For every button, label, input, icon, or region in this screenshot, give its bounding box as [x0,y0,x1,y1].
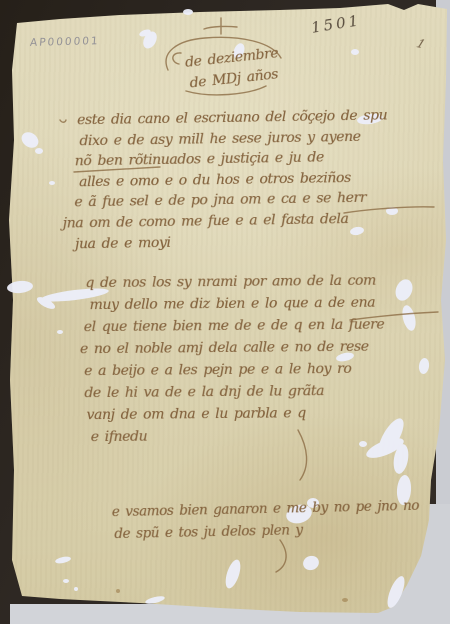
paragraph-2: q de nos los sy nrami por amo de la com … [59,270,385,449]
manuscript-line: e ifnedu [61,424,386,449]
manuscript-line: el que tiene bien me de e de q en la fue… [60,314,385,339]
manuscript-line: vanj de om dna e lu parbla e q [60,402,385,427]
archive-stamp: AP000001 [30,35,101,49]
manuscript-line: q de nos los sy nrami por amo de la com [59,270,384,295]
paragraph-3: e vsamos bien ganaron e me by no pe jno … [112,496,420,545]
manuscript-line: e a beijo e a les pejn pe e a le hoy ro [60,358,385,383]
manuscript-photo: AP000001 1501 1 de deziembre de MDj años… [0,0,450,624]
manuscript-line: muy dello me diz bien e lo que a de ena [59,292,384,317]
paragraph-1: este dia cano el escriuano del cõçejo de… [61,105,389,254]
manuscript-line: de le hi va de e la dnj de lu grãta [60,380,385,405]
manuscript-line: e no el noble amj dela calle e no de res… [60,336,385,361]
